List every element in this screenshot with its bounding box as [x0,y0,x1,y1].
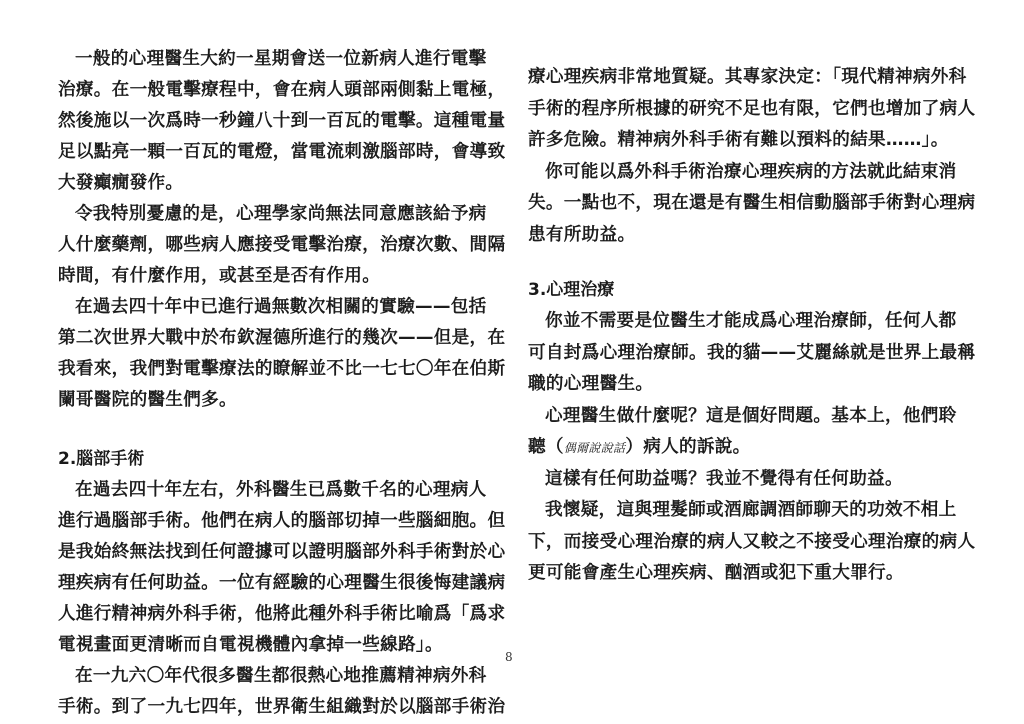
paragraph: 一般的心理醫生大約一星期會送一位新病人進行電擊 治療。在一般電擊療程中，會在病人… [58,44,498,199]
text-line: 這樣有任何助益嗎？我並不覺得有任何助益。 [528,464,968,496]
text-line: 人什麼藥劑，哪些病人應接受電擊治療，治療次數、間隔 [58,230,498,261]
paragraph: 在一九六〇年代很多醫生都很熱心地推薦精神病外科 手術。到了一九七四年，世界衛生組… [58,661,498,723]
text-line: 聽（偶爾說說話）病人的訴說。 [528,432,968,464]
text-line: 然後施以一次爲時一秒鐘八十到一百瓦的電擊。這種電量 [58,106,498,137]
section-heading: 3.心理治療 [528,275,968,306]
text-line: 在過去四十年左右，外科醫生已爲數千名的心理病人 [58,475,498,506]
annotation-text: 偶爾說說話 [564,441,626,455]
paragraph: 我懷疑，這與理髮師或酒廊調酒師聊天的功效不相上 下，而接受心理治療的病人又較之不… [528,495,968,590]
text-line: 足以點亮一顆一百瓦的電燈，當電流刺激腦部時，會導致 [58,137,498,168]
text-line: 下，而接受心理治療的病人又較之不接受心理治療的病人 [528,527,968,559]
paragraph: 這樣有任何助益嗎？我並不覺得有任何助益。 [528,464,968,496]
text-line: 許多危險。精神病外科手術有難以預料的結果……」。 [528,125,968,157]
text-line: 可自封爲心理治療師。我的貓——艾麗絲就是世界上最稱 [528,338,968,370]
text-line: 一般的心理醫生大約一星期會送一位新病人進行電擊 [58,44,498,75]
text-line: 大發癲癇發作。 [58,168,498,199]
text-line: 更可能會產生心理疾病、酗酒或犯下重大罪行。 [528,558,968,590]
paragraph: 令我特別憂慮的是，心理學家尚無法同意應該給予病 人什麼藥劑，哪些病人應接受電擊治… [58,199,498,292]
text-segment: ）病人的訴說。 [625,437,750,457]
section-gap [58,416,498,444]
page-number: 8 [505,650,513,664]
text-line: 人進行精神病外科手術，他將此種外科手術比喻爲「爲求 [58,599,498,630]
left-page: 一般的心理醫生大約一星期會送一位新病人進行電擊 治療。在一般電擊療程中，會在病人… [58,44,498,723]
text-line: 第二次世界大戰中於布欽渥德所進行的幾次——但是，在 [58,323,498,354]
text-line: 職的心理醫生。 [528,369,968,401]
paragraph: 療心理疾病非常地質疑。其專家決定：「現代精神病外科 手術的程序所根據的研究不足也… [528,62,968,157]
text-line: 療心理疾病非常地質疑。其專家決定：「現代精神病外科 [528,62,968,94]
text-line: 我懷疑，這與理髮師或酒廊調酒師聊天的功效不相上 [528,495,968,527]
text-line: 是我始終無法找到任何證據可以證明腦部外科手術對於心 [58,537,498,568]
paragraph: 在過去四十年中已進行過無數次相關的實驗——包括 第二次世界大戰中於布欽渥德所進行… [58,292,498,416]
text-line: 治療。在一般電擊療程中，會在病人頭部兩側黏上電極， [58,75,498,106]
text-line: 手術。到了一九七四年，世界衛生組織對於以腦部手術治 [58,692,498,723]
text-line: 失。一點也不，現在還是有醫生相信動腦部手術對心理病 [528,188,968,220]
text-line: 手術的程序所根據的研究不足也有限，它們也增加了病人 [528,94,968,126]
section-heading: 2.腦部手術 [58,444,498,475]
text-line: 令我特別憂慮的是，心理學家尚無法同意應該給予病 [58,199,498,230]
text-segment: 聽（ [528,437,564,457]
text-line: 時間，有什麼作用，或甚至是否有作用。 [58,261,498,292]
paragraph: 你可能以爲外科手術治療心理疾病的方法就此結束消 失。一點也不，現在還是有醫生相信… [528,157,968,252]
text-line: 闌哥醫院的醫生們多。 [58,385,498,416]
text-line: 你並不需要是位醫生才能成爲心理治療師，任何人都 [528,306,968,338]
text-line: 理疾病有任何助益。一位有經驗的心理醫生很後悔建議病 [58,568,498,599]
section-gap [528,251,968,275]
text-line: 患有所助益。 [528,220,968,252]
text-line: 你可能以爲外科手術治療心理疾病的方法就此結束消 [528,157,968,189]
text-line: 電視畫面更清晰而自電視機體內拿掉一些線路」。 [58,630,498,661]
paragraph: 心理醫生做什麼呢？這是個好問題。基本上，他們聆 聽（偶爾說說話）病人的訴說。 [528,401,968,464]
paragraph: 你並不需要是位醫生才能成爲心理治療師，任何人都 可自封爲心理治療師。我的貓——艾… [528,306,968,401]
text-line: 進行過腦部手術。他們在病人的腦部切掉一些腦細胞。但 [58,506,498,537]
text-line: 心理醫生做什麼呢？這是個好問題。基本上，他們聆 [528,401,968,433]
right-page: 療心理疾病非常地質疑。其專家決定：「現代精神病外科 手術的程序所根據的研究不足也… [528,62,968,590]
text-line: 我看來，我們對電擊療法的瞭解並不比一七七〇年在伯斯 [58,354,498,385]
text-line: 在過去四十年中已進行過無數次相關的實驗——包括 [58,292,498,323]
text-line: 在一九六〇年代很多醫生都很熱心地推薦精神病外科 [58,661,498,692]
paragraph: 在過去四十年左右，外科醫生已爲數千名的心理病人 進行過腦部手術。他們在病人的腦部… [58,475,498,661]
